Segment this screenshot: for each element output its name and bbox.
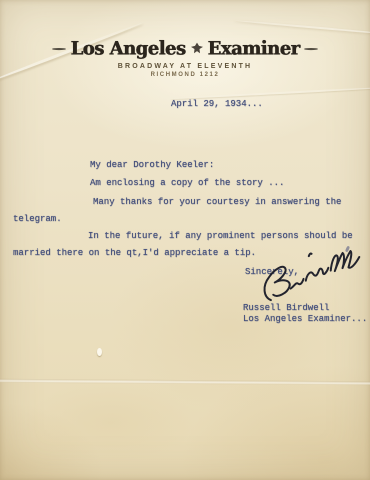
letter-body-line: Am enclosing a copy of the story ... bbox=[90, 178, 284, 189]
masthead-flourish-left-icon bbox=[52, 47, 66, 49]
masthead-flourish-right-icon bbox=[304, 47, 318, 49]
letter-salutation: My dear Dorothy Keeler: bbox=[90, 160, 214, 171]
letterhead-address: BROADWAY AT ELEVENTH bbox=[0, 63, 370, 70]
paper-crease-right bbox=[170, 86, 370, 100]
typed-signer-name: Russell Birdwell bbox=[243, 303, 329, 314]
letter-body-line: In the future, if any prominent persons … bbox=[88, 231, 353, 242]
handwritten-signature bbox=[255, 243, 366, 306]
letterhead-phone: RICHMOND 1212 bbox=[0, 72, 370, 78]
masthead-title-right: Examiner bbox=[208, 37, 300, 59]
letter-date: April 29, 1934... bbox=[171, 99, 263, 110]
paper-crease-top-right bbox=[234, 19, 370, 34]
letter-page: Los Angeles Examiner BROADWAY AT ELEVENT… bbox=[0, 0, 370, 480]
letter-body-line: telegram. bbox=[13, 214, 62, 225]
letter-body-line: married there on the qt,I'd appreciate a… bbox=[13, 248, 256, 259]
masthead-title-left: Los Angeles bbox=[70, 37, 185, 59]
letterhead: Los Angeles Examiner BROADWAY AT ELEVENT… bbox=[0, 38, 370, 78]
typed-organization: Los Angeles Examiner... bbox=[243, 314, 367, 325]
paper-blemish-speck bbox=[97, 348, 102, 356]
paper-fold-line bbox=[0, 379, 370, 386]
letter-body-line: Many thanks for your courtesy in answeri… bbox=[93, 197, 341, 208]
masthead-title: Los Angeles Examiner bbox=[0, 37, 370, 59]
masthead-crest-ornament-icon bbox=[191, 42, 203, 55]
